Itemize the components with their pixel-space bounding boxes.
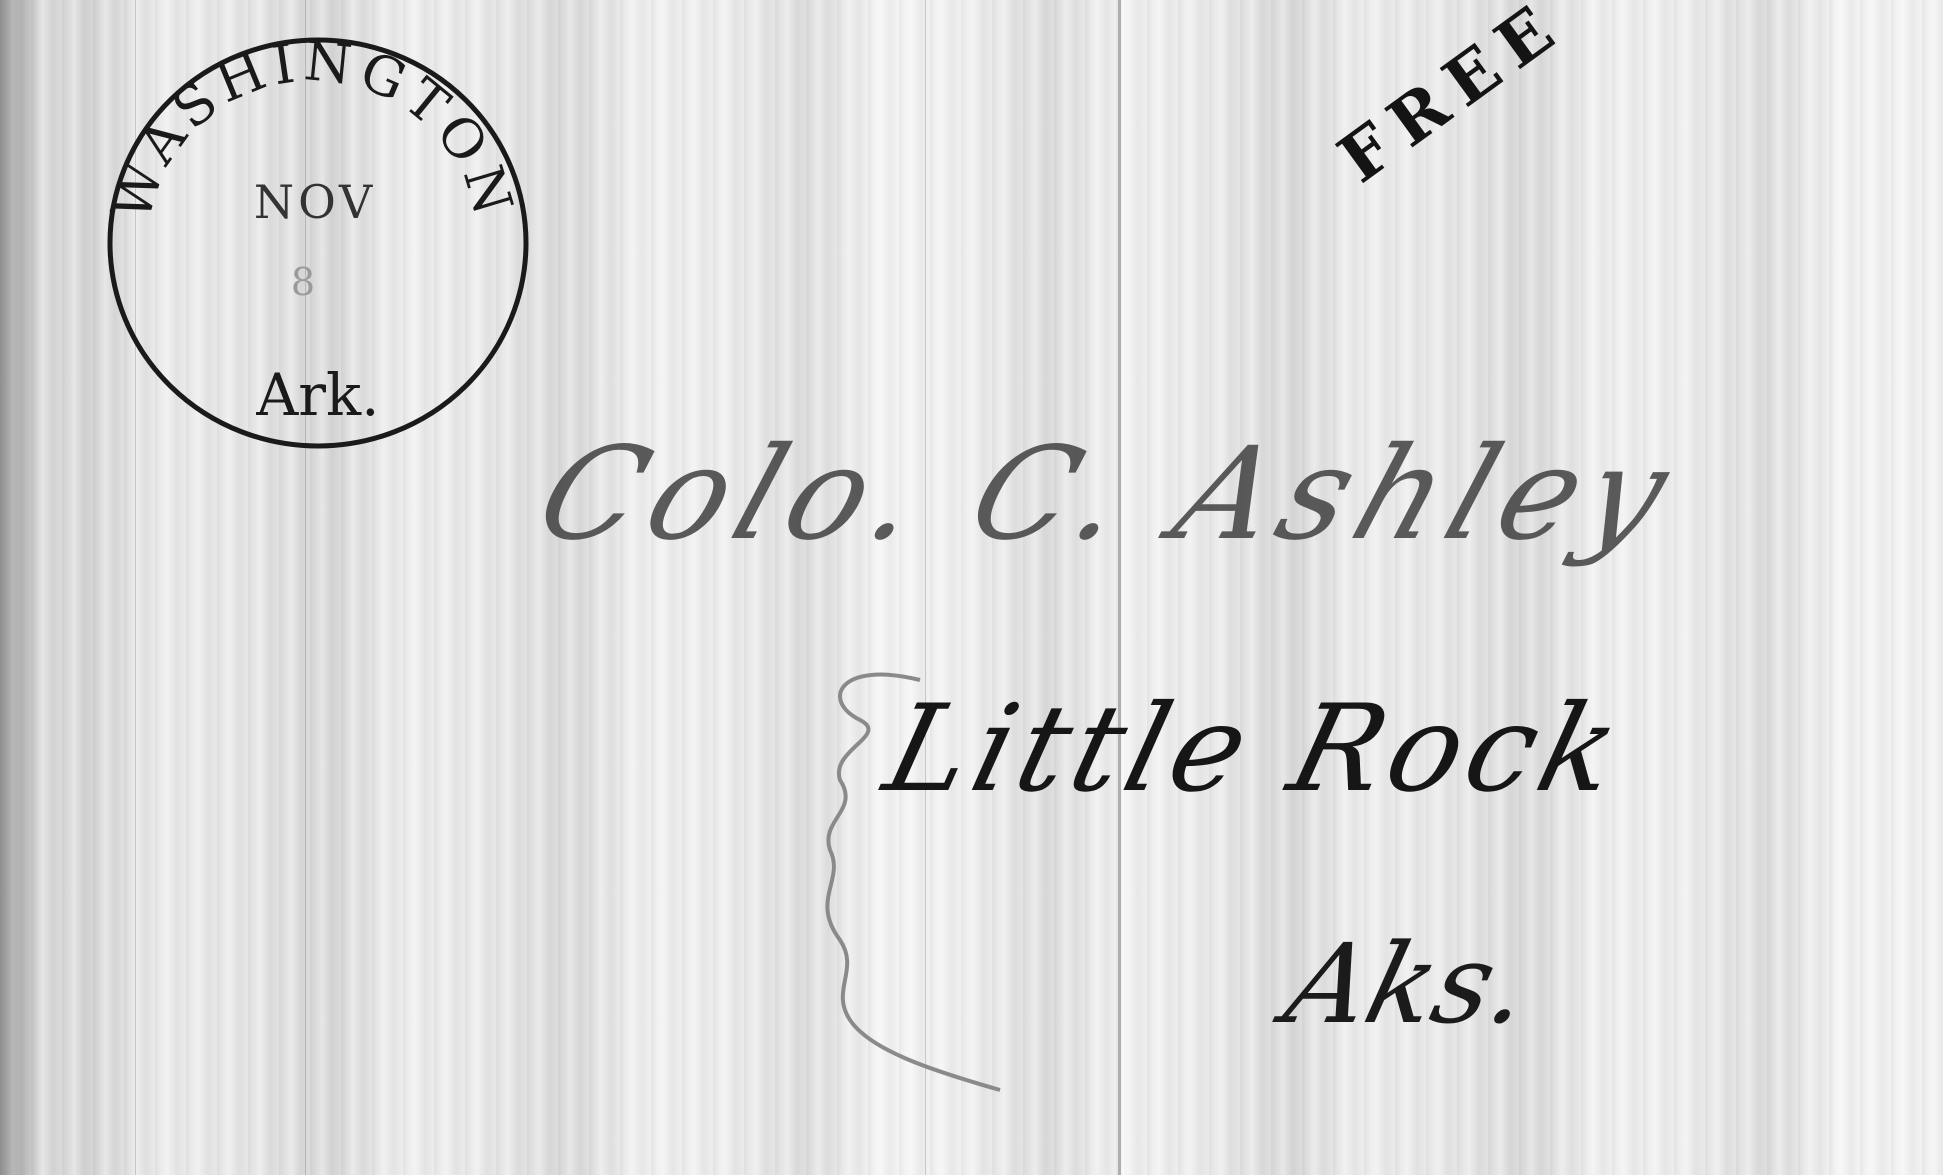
center-fold-highlight [1122, 0, 1124, 1175]
address-city: Little Rock [873, 680, 1638, 819]
postmark-month: NOV [254, 175, 376, 229]
letter-cover: WASHINGTON NOV 8 Ark. FREE Colo. C. Ashl… [0, 0, 1943, 1175]
postmark-day: 8 [291, 260, 315, 304]
addressee-name: Colo. C. Ashley [521, 420, 1696, 569]
postmark-stamp-icon: WASHINGTON NOV 8 Ark. [103, 33, 533, 453]
free-frank-marking: FREE [1324, 0, 1579, 198]
paper-edge-shadow [0, 0, 40, 1175]
circular-postmark: WASHINGTON NOV 8 Ark. [103, 33, 533, 453]
address-state: Aks. [1274, 920, 1543, 1048]
center-fold [1118, 0, 1121, 1175]
postmark-state: Ark. [255, 361, 379, 429]
